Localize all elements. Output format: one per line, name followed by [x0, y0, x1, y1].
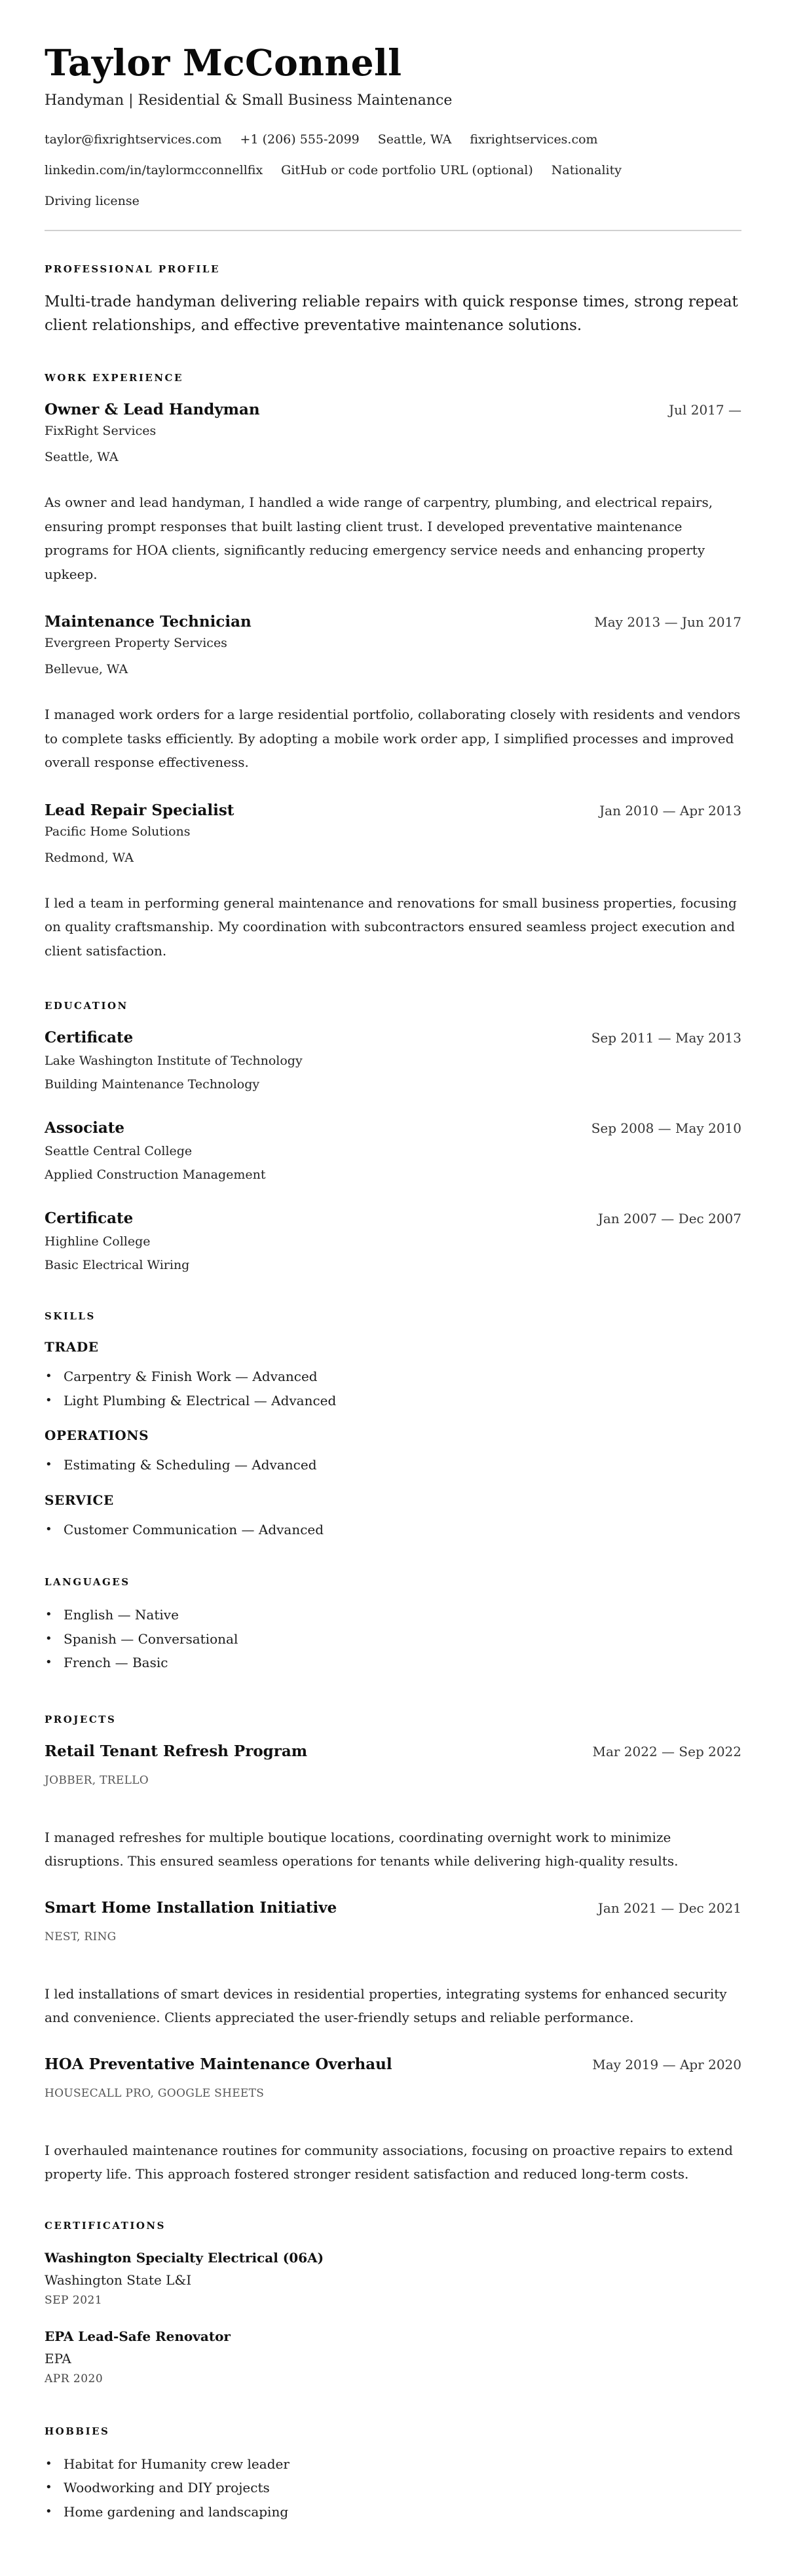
certification-entry: Washington Specialty Electrical (06A) Wa… — [45, 2247, 741, 2309]
skills-section: SKILLS TRADE Carpentry & Finish Work — A… — [45, 1310, 741, 1541]
contact-phone[interactable]: +1 (206) 555-2099 — [240, 132, 360, 147]
certification-date: SEP 2021 — [45, 2291, 741, 2309]
section-title-hobbies: HOBBIES — [45, 2425, 741, 2438]
skill-list: Customer Communication — Advanced — [45, 1518, 741, 1542]
certification-name: Washington Specialty Electrical (06A) — [45, 2247, 741, 2269]
candidate-headline: Handyman | Residential & Small Business … — [45, 89, 741, 113]
skill-list: Carpentry & Finish Work — Advanced Light… — [45, 1365, 741, 1412]
certification-issuer: EPA — [45, 2347, 741, 2370]
job-dates: Jul 2017 — — [669, 399, 741, 421]
skill-group-title: TRADE — [45, 1337, 741, 1357]
project-description: I overhauled maintenance routines for co… — [45, 2139, 741, 2186]
contact-location: Seattle, WA — [378, 132, 452, 147]
skill-item: Customer Communication — Advanced — [45, 1518, 741, 1542]
project-entry: HOA Preventative Maintenance Overhaul Ma… — [45, 2053, 741, 2186]
job-description: I managed work orders for a large reside… — [45, 703, 741, 775]
field-of-study: Basic Electrical Wiring — [45, 1253, 741, 1277]
skill-group-title: OPERATIONS — [45, 1426, 741, 1445]
contact-nationality: Nationality — [552, 163, 622, 177]
job-company: Evergreen Property Services — [45, 633, 741, 653]
contact-list: taylor@fixrightservices.com+1 (206) 555-… — [45, 124, 741, 217]
job-location: Seattle, WA — [45, 447, 741, 467]
section-title-languages: LANGUAGES — [45, 1575, 741, 1589]
section-title-certifications: CERTIFICATIONS — [45, 2219, 741, 2232]
language-item: Spanish — Conversational — [45, 1627, 741, 1651]
candidate-name: Taylor McConnell — [45, 38, 741, 88]
certification-entry: EPA Lead-Safe Renovator EPA APR 2020 — [45, 2325, 741, 2388]
skill-item: Carpentry & Finish Work — Advanced — [45, 1365, 741, 1389]
hobbies-section: HOBBIES Habitat for Humanity crew leader… — [45, 2425, 741, 2524]
school: Highline College — [45, 1230, 741, 1253]
project-dates: May 2019 — Apr 2020 — [592, 2053, 741, 2076]
education-entry: Associate Sep 2008 — May 2010 Seattle Ce… — [45, 1117, 741, 1187]
certification-issuer: Washington State L&I — [45, 2269, 741, 2291]
job-location: Bellevue, WA — [45, 659, 741, 679]
hobby-item: Home gardening and landscaping — [45, 2500, 741, 2524]
job-dates: Jan 2010 — Apr 2013 — [599, 800, 741, 822]
job-company: FixRight Services — [45, 421, 741, 441]
contact-linkedin[interactable]: linkedin.com/in/taylormcconnellfix — [45, 163, 263, 177]
profile-section: PROFESSIONAL PROFILE Multi-trade handyma… — [45, 263, 741, 337]
certifications-section: CERTIFICATIONS Washington Specialty Elec… — [45, 2219, 741, 2388]
section-title-profile: PROFESSIONAL PROFILE — [45, 263, 741, 276]
section-title-education: EDUCATION — [45, 999, 741, 1012]
job-description: As owner and lead handyman, I handled a … — [45, 490, 741, 586]
education-dates: Sep 2008 — May 2010 — [591, 1117, 741, 1139]
project-entry: Smart Home Installation Initiative Jan 2… — [45, 1897, 741, 2030]
project-description: I led installations of smart devices in … — [45, 1982, 741, 2030]
projects-section: PROJECTS Retail Tenant Refresh Program M… — [45, 1713, 741, 2186]
project-name: HOA Preventative Maintenance Overhaul — [45, 2053, 392, 2076]
certification-name: EPA Lead-Safe Renovator — [45, 2325, 741, 2347]
contact-driving-license: Driving license — [45, 194, 140, 208]
skill-group-title: SERVICE — [45, 1490, 741, 1510]
project-dates: Mar 2022 — Sep 2022 — [592, 1740, 741, 1763]
job-title: Maintenance Technician — [45, 611, 252, 633]
field-of-study: Building Maintenance Technology — [45, 1073, 741, 1096]
hobby-item: Habitat for Humanity crew leader — [45, 2452, 741, 2476]
education-section: EDUCATION Certificate Sep 2011 — May 201… — [45, 999, 741, 1277]
degree: Certificate — [45, 1027, 133, 1049]
education-dates: Sep 2011 — May 2013 — [591, 1027, 741, 1049]
field-of-study: Applied Construction Management — [45, 1163, 741, 1187]
languages-section: LANGUAGES English — Native Spanish — Con… — [45, 1575, 741, 1675]
header-divider — [45, 230, 741, 231]
contact-github: GitHub or code portfolio URL (optional) — [281, 163, 533, 177]
section-title-projects: PROJECTS — [45, 1713, 741, 1726]
contact-website[interactable]: fixrightservices.com — [470, 132, 597, 147]
experience-section: WORK EXPERIENCE Owner & Lead Handyman Ju… — [45, 371, 741, 963]
job-dates: May 2013 — Jun 2017 — [594, 611, 741, 633]
skill-list: Estimating & Scheduling — Advanced — [45, 1453, 741, 1477]
project-tools: JOBBER, TRELLO — [45, 1771, 741, 1790]
job-location: Redmond, WA — [45, 848, 741, 868]
section-title-skills: SKILLS — [45, 1310, 741, 1323]
school: Lake Washington Institute of Technology — [45, 1049, 741, 1073]
hobby-item: Woodworking and DIY projects — [45, 2476, 741, 2500]
education-entry: Certificate Jan 2007 — Dec 2007 Highline… — [45, 1207, 741, 1277]
project-entry: Retail Tenant Refresh Program Mar 2022 —… — [45, 1740, 741, 1873]
school: Seattle Central College — [45, 1139, 741, 1163]
contact-email[interactable]: taylor@fixrightservices.com — [45, 132, 222, 147]
certification-date: APR 2020 — [45, 2370, 741, 2388]
hobby-list: Habitat for Humanity crew leader Woodwor… — [45, 2452, 741, 2524]
job-title: Owner & Lead Handyman — [45, 399, 260, 421]
skill-item: Light Plumbing & Electrical — Advanced — [45, 1389, 741, 1413]
experience-entry: Owner & Lead Handyman Jul 2017 — FixRigh… — [45, 399, 741, 586]
job-description: I led a team in performing general maint… — [45, 891, 741, 963]
job-company: Pacific Home Solutions — [45, 822, 741, 841]
experience-entry: Lead Repair Specialist Jan 2010 — Apr 20… — [45, 800, 741, 963]
project-tools: NEST, RING — [45, 1927, 741, 1947]
education-dates: Jan 2007 — Dec 2007 — [598, 1207, 741, 1230]
project-tools: HOUSECALL PRO, GOOGLE SHEETS — [45, 2084, 741, 2103]
resume-page: Taylor McConnell Handyman | Residential … — [0, 0, 786, 2576]
language-item: English — Native — [45, 1603, 741, 1627]
education-entry: Certificate Sep 2011 — May 2013 Lake Was… — [45, 1027, 741, 1096]
language-list: English — Native Spanish — Conversationa… — [45, 1603, 741, 1675]
experience-entry: Maintenance Technician May 2013 — Jun 20… — [45, 611, 741, 775]
profile-summary: Multi-trade handyman delivering reliable… — [45, 290, 741, 337]
project-name: Smart Home Installation Initiative — [45, 1897, 337, 1919]
section-title-experience: WORK EXPERIENCE — [45, 371, 741, 384]
project-dates: Jan 2021 — Dec 2021 — [598, 1897, 741, 1919]
job-title: Lead Repair Specialist — [45, 800, 234, 822]
resume-header: Taylor McConnell Handyman | Residential … — [45, 38, 741, 217]
degree: Certificate — [45, 1207, 133, 1230]
degree: Associate — [45, 1117, 124, 1139]
project-name: Retail Tenant Refresh Program — [45, 1740, 307, 1763]
project-description: I managed refreshes for multiple boutiqu… — [45, 1826, 741, 1873]
language-item: French — Basic — [45, 1651, 741, 1675]
skill-item: Estimating & Scheduling — Advanced — [45, 1453, 741, 1477]
